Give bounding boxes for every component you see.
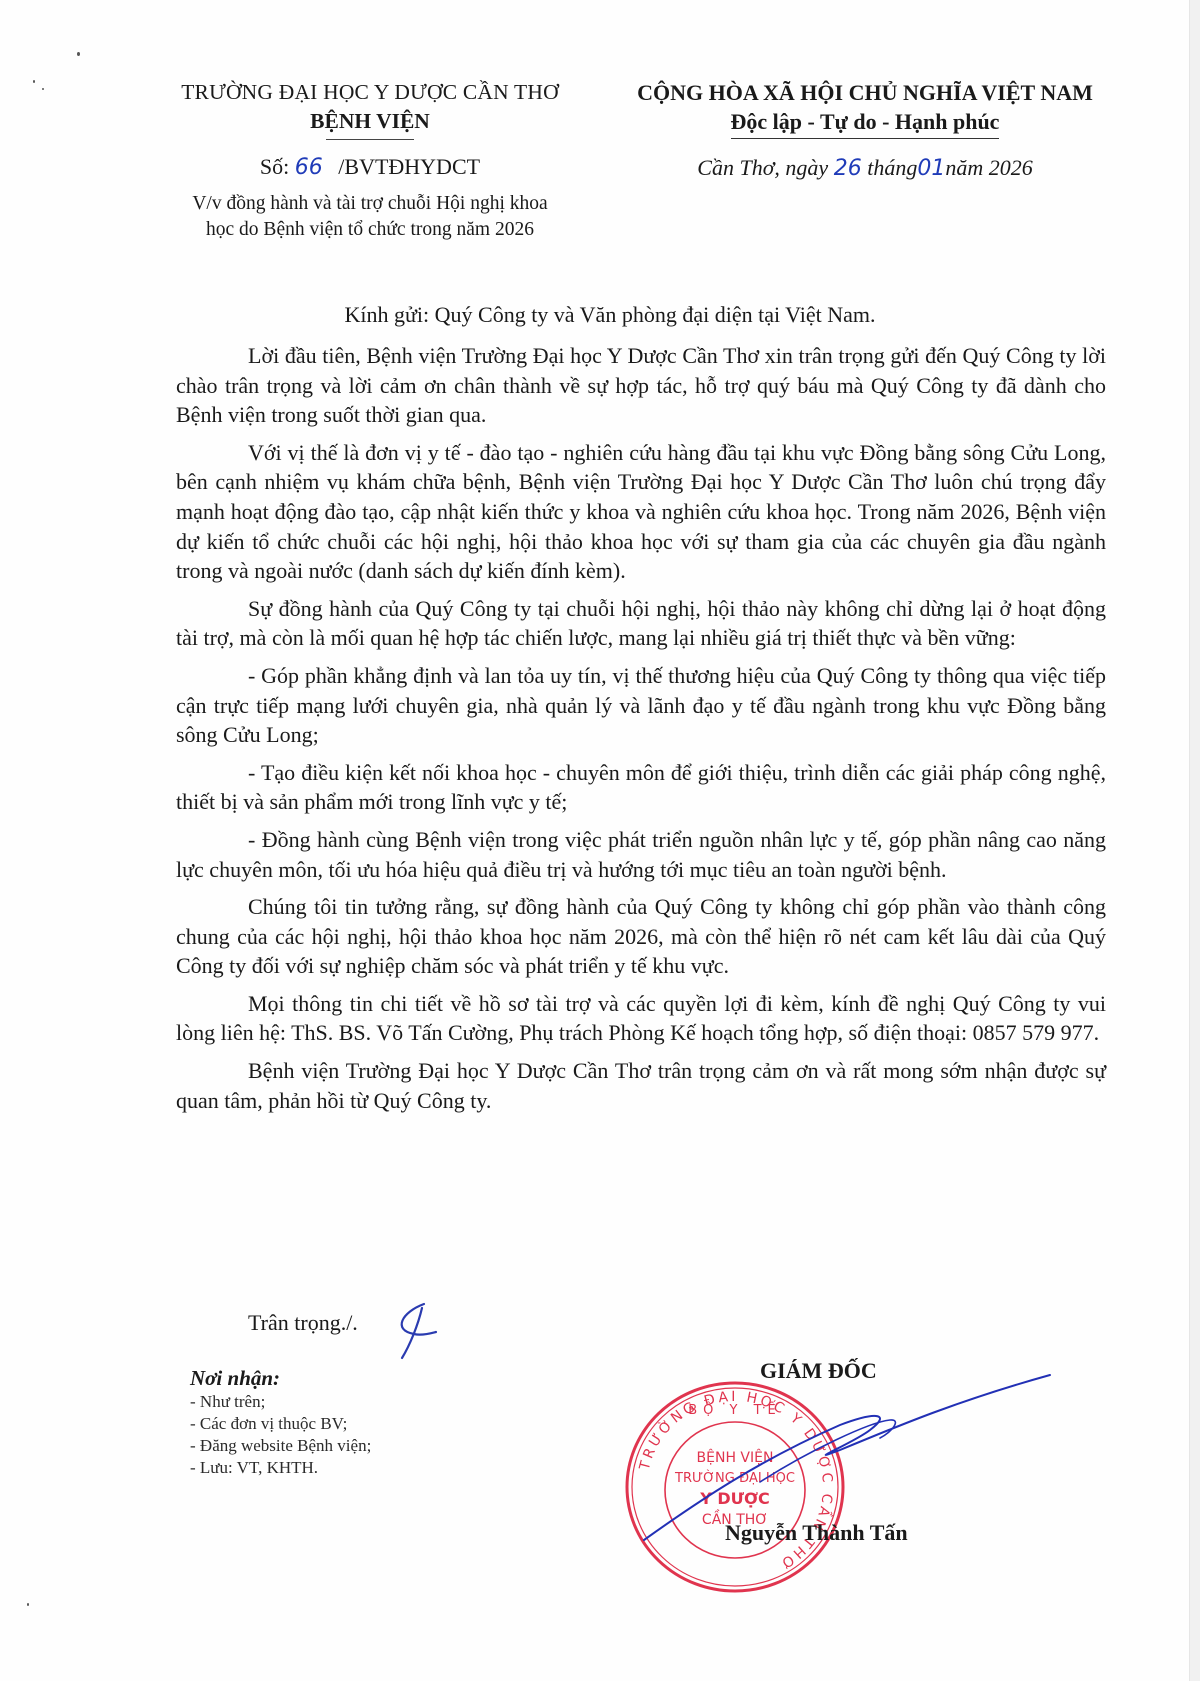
scan-speck bbox=[77, 52, 80, 56]
month-handwritten: 01 bbox=[917, 156, 945, 181]
scan-speck bbox=[42, 88, 44, 90]
signer-name: Nguyễn Thành Tấn bbox=[725, 1520, 908, 1546]
distribution-item: - Các đơn vị thuộc BV; bbox=[190, 1413, 371, 1435]
distribution-item: - Lưu: VT, KHTH. bbox=[190, 1457, 371, 1479]
place-and-date: Cần Thơ, ngày 26 tháng01năm 2026 bbox=[615, 153, 1115, 184]
paragraph-belief: Chúng tôi tin tưởng rằng, sự đồng hành c… bbox=[176, 892, 1106, 981]
number-suffix: /BVTĐHYDCT bbox=[338, 154, 480, 179]
initial-signature-icon bbox=[392, 1300, 442, 1360]
distribution-list: Nơi nhận: - Như trên; - Các đơn vị thuộc… bbox=[190, 1365, 371, 1479]
page-edge bbox=[1189, 0, 1200, 1681]
unit-name: BỆNH VIỆN bbox=[150, 107, 590, 136]
scan-speck bbox=[27, 1603, 29, 1606]
month-label: tháng bbox=[867, 155, 917, 180]
paragraph-contact: Mọi thông tin chi tiết về hồ sơ tài trợ … bbox=[176, 989, 1106, 1048]
distribution-item: - Đăng website Bệnh viện; bbox=[190, 1435, 371, 1457]
day-handwritten: 26 bbox=[834, 156, 862, 181]
unit-underline bbox=[326, 139, 414, 140]
paragraph-value: Sự đồng hành của Quý Công ty tại chuỗi h… bbox=[176, 594, 1106, 653]
benefit-item: - Đồng hành cùng Bệnh viện trong việc ph… bbox=[176, 825, 1106, 884]
closing-remark: Trân trọng./. bbox=[248, 1308, 358, 1338]
number-label: Số: bbox=[260, 154, 289, 179]
scan-speck bbox=[33, 80, 35, 83]
national-heading-block: CỘNG HÒA XÃ HỘI CHỦ NGHĨA VIỆT NAM Độc l… bbox=[615, 78, 1115, 184]
salutation: Kính gửi: Quý Công ty và Văn phòng đại d… bbox=[160, 300, 1060, 330]
paragraph-thanks: Bệnh viện Trường Đại học Y Dược Cần Thơ … bbox=[176, 1056, 1106, 1115]
issuing-authority-block: TRƯỜNG ĐẠI HỌC Y DƯỢC CẦN THƠ BỆNH VIỆN … bbox=[150, 78, 590, 243]
subject-line: V/v đồng hành và tài trợ chuỗi Hội nghị … bbox=[150, 191, 590, 217]
year-text: năm 2026 bbox=[945, 155, 1032, 180]
country-name: CỘNG HÒA XÃ HỘI CHỦ NGHĨA VIỆT NAM bbox=[615, 78, 1115, 107]
letter-body: Lời đầu tiên, Bệnh viện Trường Đại học Y… bbox=[176, 341, 1106, 1123]
place-prefix: Cần Thơ, ngày bbox=[697, 155, 828, 180]
national-motto: Độc lập - Tự do - Hạnh phúc bbox=[731, 107, 1000, 139]
document-subject: V/v đồng hành và tài trợ chuỗi Hội nghị … bbox=[150, 191, 590, 243]
subject-line: học do Bệnh viện tổ chức trong năm 2026 bbox=[150, 217, 590, 243]
paragraph-context: Với vị thế là đơn vị y tế - đào tạo - ng… bbox=[176, 438, 1106, 586]
number-handwritten: 66 bbox=[295, 155, 323, 180]
distribution-title: Nơi nhận: bbox=[190, 1365, 371, 1391]
organization-name: TRƯỜNG ĐẠI HỌC Y DƯỢC CẦN THƠ bbox=[150, 78, 590, 107]
benefit-item: - Góp phần khẳng định và lan tỏa uy tín,… bbox=[176, 661, 1106, 750]
benefit-item: - Tạo điều kiện kết nối khoa học - chuyê… bbox=[176, 758, 1106, 817]
document-number: Số: 66 /BVTĐHYDCT bbox=[150, 152, 590, 183]
distribution-item: - Như trên; bbox=[190, 1391, 371, 1413]
paragraph-intro: Lời đầu tiên, Bệnh viện Trường Đại học Y… bbox=[176, 341, 1106, 430]
